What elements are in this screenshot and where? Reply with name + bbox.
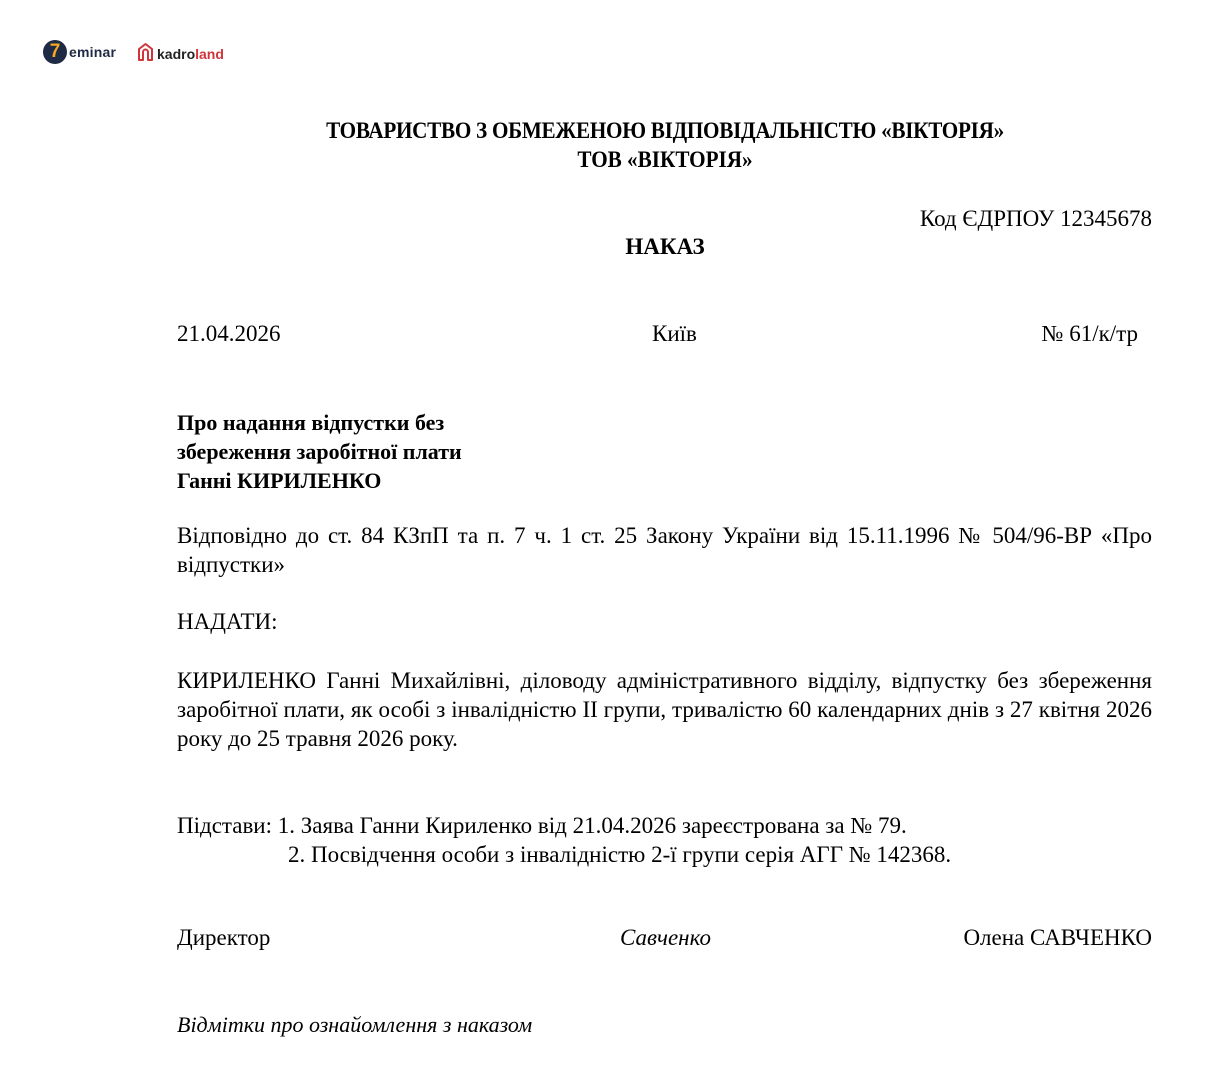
edrpou-code: Код ЄДРПОУ 12345678: [920, 206, 1152, 232]
subject-line-1: Про надання відпустки без: [177, 408, 462, 437]
kadroland-logo-text-accent: land: [195, 46, 224, 62]
grounds-item-2: 2. Посвідчення особи з інвалідністю 2-ї …: [177, 840, 951, 869]
order-text-paragraph: КИРИЛЕНКО Ганні Михайлівні, діловоду адм…: [177, 666, 1152, 753]
subject-line-2: збереження заробітної плати: [177, 437, 462, 466]
company-full-name: ТОВАРИСТВО З ОБМЕЖЕНОЮ ВІДПОВІДАЛЬНІСТЮ …: [53, 118, 1225, 144]
legal-basis-paragraph: Відповідно до ст. 84 КЗпП та п. 7 ч. 1 с…: [177, 521, 1152, 579]
signer-position: Директор: [177, 925, 270, 951]
grounds-label: Підстави:: [177, 813, 272, 838]
company-short-name: ТОВ «ВІКТОРІЯ»: [53, 147, 1225, 173]
seminar-logo-text: eminar: [69, 44, 116, 60]
signer-name: Олена САВЧЕНКО: [963, 925, 1152, 951]
kadroland-logo-text-dark: kadro: [157, 46, 195, 62]
acquaintance-note: Відмітки про ознайомлення з наказом: [177, 1012, 532, 1038]
seminar-logo: 7 eminar: [43, 40, 116, 64]
seminar-digit-icon: 7: [43, 40, 67, 64]
order-date: 21.04.2026: [177, 321, 281, 347]
directive: НАДАТИ:: [177, 607, 1152, 636]
order-subject: Про надання відпустки без збереження зар…: [177, 408, 462, 495]
grounds-item-1: 1. Заява Ганни Кириленко від 21.04.2026 …: [278, 813, 907, 838]
house-icon: [137, 42, 154, 62]
handwritten-signature: Савченко: [620, 925, 711, 951]
order-number: № 61/к/тр: [1042, 321, 1138, 347]
subject-line-3: Ганні КИРИЛЕНКО: [177, 466, 462, 495]
kadroland-logo: kadroland: [137, 42, 224, 62]
order-city: Київ: [652, 321, 697, 347]
document-type: НАКАЗ: [0, 234, 1225, 260]
grounds: Підстави: 1. Заява Ганни Кириленко від 2…: [177, 811, 951, 869]
